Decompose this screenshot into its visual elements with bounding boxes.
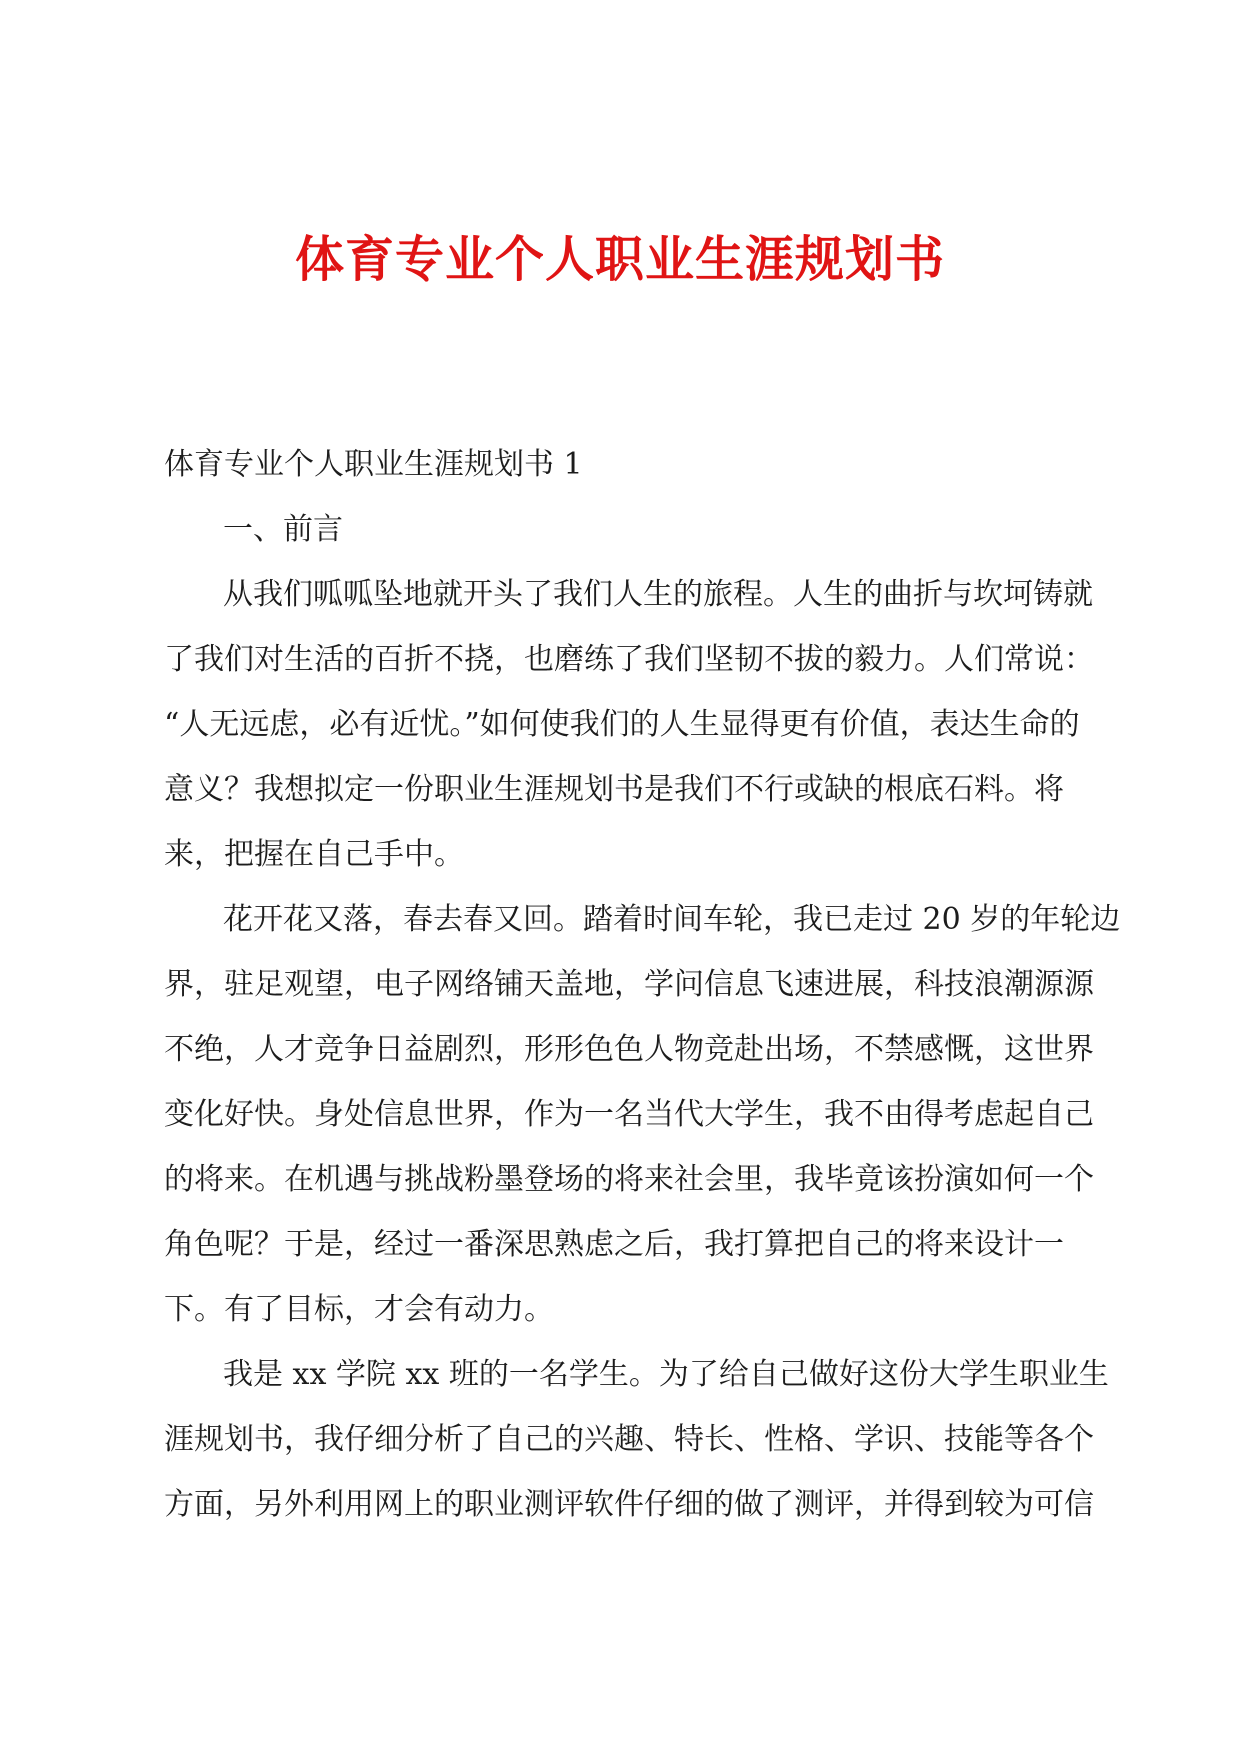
text-line: 涯规划书，我仔细分析了自己的兴趣、特长、性格、学识、技能等各个: [164, 1407, 1094, 1472]
text-line: 的将来。在机遇与挑战粉墨登场的将来社会里，我毕竟该扮演如何一个: [164, 1147, 1094, 1212]
text-line: 了我们对生活的百折不挠，也磨练了我们坚韧不拔的毅力。人们常说：: [164, 627, 1094, 692]
text-line: 下。有了目标，才会有动力。: [164, 1277, 1094, 1342]
text-line: 不绝，人才竞争日益剧烈，形形色色人物竞赴出场，不禁感慨，这世界: [164, 1017, 1094, 1082]
text-line: 方面，另外利用网上的职业测评软件仔细的做了测评，并得到较为可信: [164, 1472, 1094, 1537]
text-line: 花开花又落，春去春又回。踏着时间车轮，我已走过 20 岁的年轮边: [164, 887, 1094, 952]
document-body: 体育专业个人职业生涯规划书 1一、前言从我们呱呱坠地就开头了我们人生的旅程。人生…: [164, 432, 1094, 1537]
text-line: “人无远虑，必有近忧。”如何使我们的人生显得更有价值，表达生命的: [164, 692, 1094, 757]
text-line: 从我们呱呱坠地就开头了我们人生的旅程。人生的曲折与坎坷铸就: [164, 562, 1094, 627]
text-line: 来，把握在自己手中。: [164, 822, 1094, 887]
text-line: 一、前言: [164, 497, 1094, 562]
text-line: 我是 xx 学院 xx 班的一名学生。为了给自己做好这份大学生职业生: [164, 1342, 1094, 1407]
document-title: 体育专业个人职业生涯规划书: [0, 233, 1240, 287]
text-line: 意义？我想拟定一份职业生涯规划书是我们不行或缺的根底石料。将: [164, 757, 1094, 822]
document-page: 体育专业个人职业生涯规划书 体育专业个人职业生涯规划书 1一、前言从我们呱呱坠地…: [0, 0, 1240, 1753]
text-line: 变化好快。身处信息世界，作为一名当代大学生，我不由得考虑起自己: [164, 1082, 1094, 1147]
text-line: 角色呢？于是，经过一番深思熟虑之后，我打算把自己的将来设计一: [164, 1212, 1094, 1277]
text-line: 体育专业个人职业生涯规划书 1: [164, 432, 1094, 497]
text-line: 界，驻足观望，电子网络铺天盖地，学问信息飞速进展，科技浪潮源源: [164, 952, 1094, 1017]
